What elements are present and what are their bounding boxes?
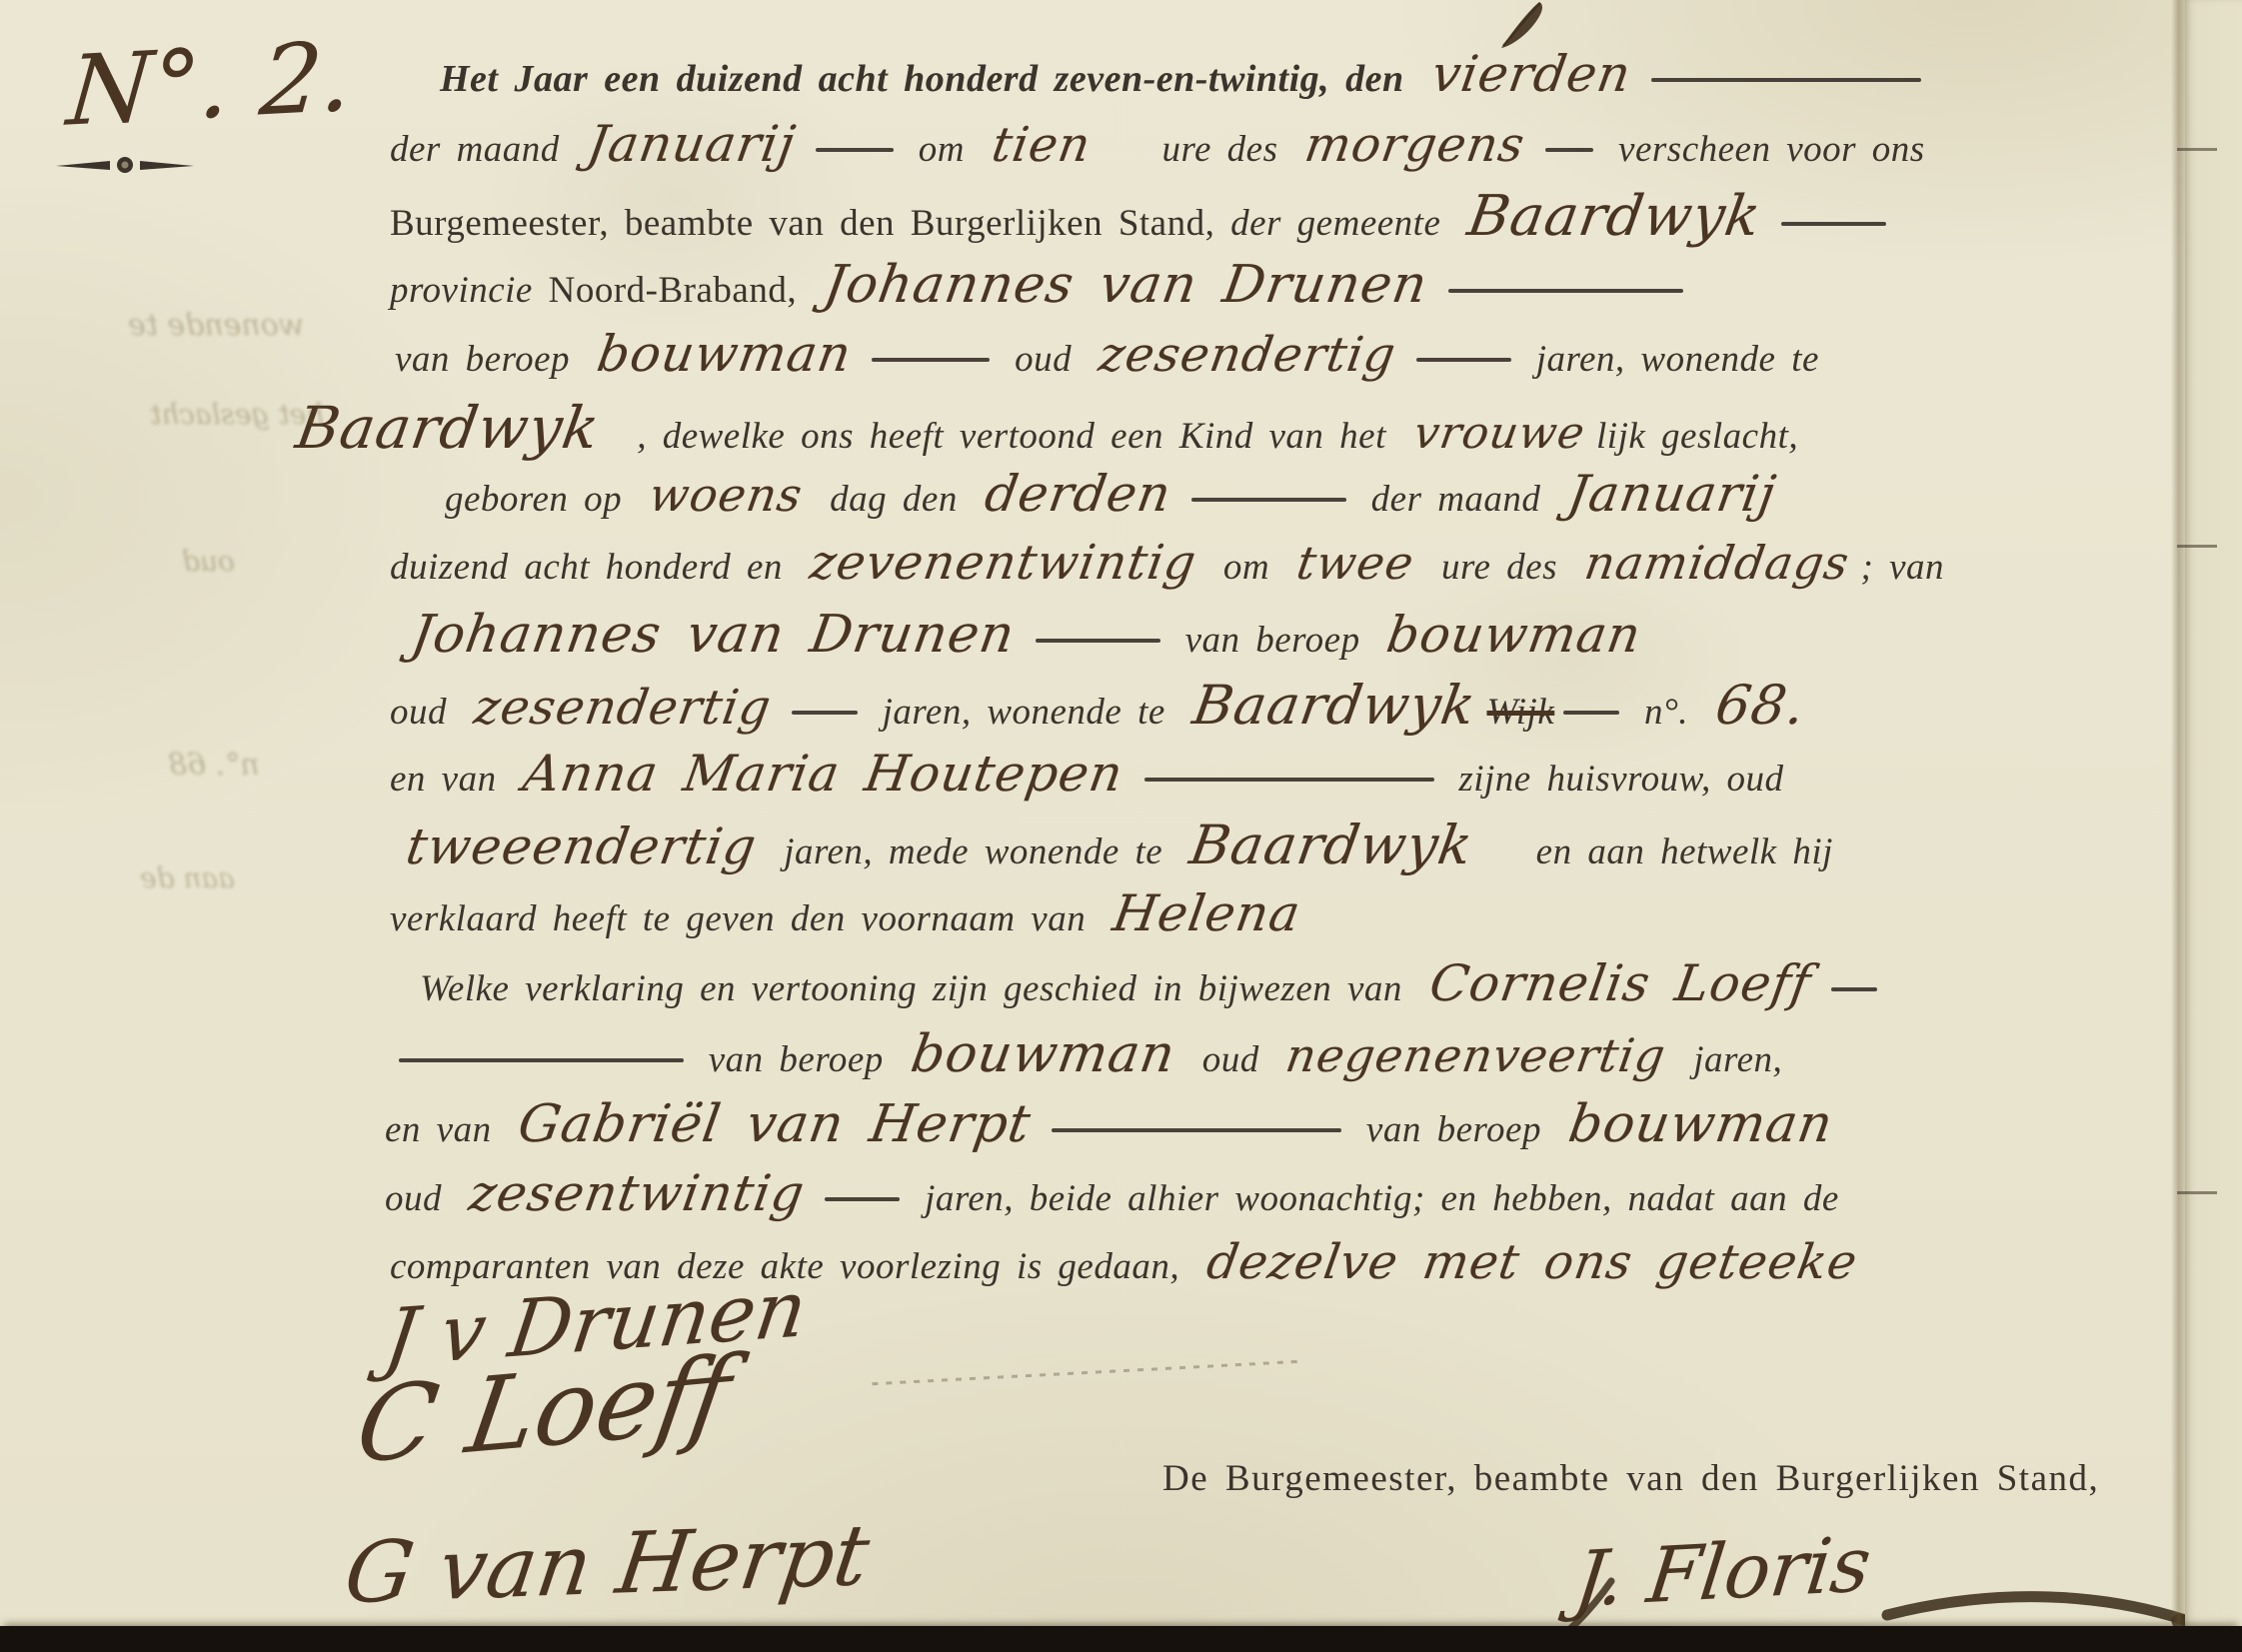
fold-tick-mark [2177,1191,2217,1194]
handwritten-text: zesentwintig [466,1167,809,1220]
printed-text: provincie [390,270,549,311]
fill-in-rule [825,1197,900,1201]
handwritten-text: bouwman [907,1027,1178,1082]
handwritten-text: Baardwyk [292,398,604,459]
printed-text: Welke verklaring en vertooning zijn gesc… [420,968,1418,1009]
printed-text: oud [385,1178,458,1219]
handwritten-text: Baardwyk [1185,818,1476,874]
fill-in-rule [399,1058,684,1062]
registrar-title: De Burgemeester, beambte van den Burgerl… [1162,1457,2099,1500]
fill-in-rule [1036,639,1160,643]
document-lines: Het Jaar een duizend acht honderd zeven-… [0,0,2242,1652]
fill-in-rule [1052,1128,1341,1132]
printed-text: Het Jaar een duizend acht honderd zeven-… [440,58,1420,100]
adjacent-page-strip [2185,0,2242,1652]
registrar-signature: J. Floris [1570,1519,1876,1624]
text-line: Welke verklaring en vertooning zijn gesc… [420,957,1886,1010]
handwritten-text: bouwman [594,328,856,381]
handwritten-text: morgens [1301,120,1528,170]
fold-tick-mark [2177,148,2217,151]
text-line: Baardwyk, dewelke ons heeft vertoond een… [285,398,1798,459]
printed-text: Noord-Braband, [549,270,813,311]
text-line: en van Gabriël van Herpt van beroep bouw… [385,1097,1844,1152]
bleedthrough-fragment: oud [182,545,235,578]
handwritten-text: zevenentwintig [807,538,1199,588]
printed-text: geboren op [445,479,638,520]
handwritten-text: tien [989,120,1095,170]
handwritten-text: bouwman [1383,609,1645,662]
printed-text: duizend acht honderd en [390,547,799,588]
fill-in-rule [1448,289,1683,293]
handwritten-text: bouwman [1564,1097,1836,1152]
fill-in-rule [816,148,894,152]
printed-text: , dewelke ons heeft vertoond een Kind va… [637,416,1401,457]
fold-tick-mark [2177,545,2217,548]
printed-text: jaren, beide alhier woonachtig; en hebbe… [909,1178,1838,1219]
printed-text: en van [385,1109,507,1150]
printed-text: en aan hetwelk hij [1520,831,1833,872]
fill-in-rule [1191,498,1346,502]
printed-text: ure des [1425,547,1573,588]
text-line: van beroep bouwman oud zesendertig jaren… [395,328,1819,381]
printed-text: om [1207,547,1285,588]
handwritten-text: Januarij [583,118,799,171]
handwritten-text: Johannes van Drunen [408,608,1019,663]
printed-text: n°. [1628,692,1704,733]
bleedthrough-fragment: n°. 68 [168,748,260,783]
handwritten-text: Baardwyk [1463,188,1764,247]
text-line: Burgemeester, beambte van den Burgerlijk… [390,188,1895,247]
text-line: der maand Januarij om tien ure des morge… [390,118,1925,171]
fill-in-rule [1651,78,1921,82]
printed-text: en van [390,759,512,800]
printed-text: ure des [1146,129,1294,170]
printed-text: jaren, [1678,1039,1783,1080]
handwritten-text: Helena [1110,887,1304,940]
printed-text: jaren, wonende te [867,692,1181,733]
printed-text: van beroep [1169,620,1376,661]
text-line: provincie Noord-Braband, Johannes van Dr… [390,258,1692,313]
printed-text: jaren, mede wonende te [768,831,1178,872]
struck-printed-text: Wijk [1486,692,1554,733]
printed-text: van beroep [1350,1109,1557,1150]
text-line: tweeendertig jaren, mede wonende te Baar… [395,818,1833,874]
fill-in-rule [1831,987,1877,991]
printed-text: oud [390,692,463,733]
handwritten-text: zesendertig [1096,330,1399,380]
handwritten-text: Anna Maria Houtepen [520,748,1127,801]
handwritten-text: vierden [1427,48,1634,101]
printed-text: verklaard heeft te geven den voornaam va… [390,898,1102,939]
fill-in-rule [1781,222,1886,226]
printed-text: van beroep [395,339,586,380]
bleedthrough-fragment: wonende te [128,308,304,343]
handwritten-text: vrouwe [1410,411,1588,457]
fill-in-rule [1563,711,1619,715]
printed-text: ; van [1861,547,1945,588]
printed-text: om [903,129,981,170]
text-line: geboren op woens dag den derden der maan… [445,468,1788,521]
handwritten-text: twee [1293,539,1417,587]
bleedthrough-fragment: aan de [140,861,235,894]
printed-text: Burgemeester, beambte van den Burgerlijk… [390,203,1230,244]
bleedthrough-fragment: het geslacht [150,398,324,431]
printed-text: zijne huisvrouw, oud [1443,759,1784,800]
fill-in-rule [1545,148,1593,152]
scanned-birth-record: { "colors":{ "paper":"#eae6d1", "printed… [0,0,2242,1652]
printed-text: dag den [814,479,973,520]
fill-in-rule [1144,778,1434,782]
printed-text: van beroep [693,1039,900,1080]
text-line: van beroep bouwman oud negenenveertig ja… [390,1027,1782,1082]
handwritten-text: woens [646,471,806,519]
printed-text: der maand [1355,479,1556,520]
handwritten-text: Cornelis Loeff [1426,957,1815,1010]
handwritten-text: 68. [1711,678,1809,735]
page-fold-shadow [2171,0,2185,1652]
text-line: Het Jaar een duizend acht honderd zeven-… [440,48,1930,101]
handwritten-text: Gabriël van Herpt [515,1097,1035,1152]
handwritten-text: derden [981,468,1174,521]
paper-background: N°. 2. Het Jaar een duizend acht honderd… [0,0,2242,1652]
fill-in-rule [1416,358,1511,362]
text-line: en van Anna Maria Houtepen zijne huisvro… [390,748,1784,801]
text-line: Johannes van Drunen van beroep bouwman [400,608,1653,663]
handwritten-text: negenenveertig [1283,1031,1670,1079]
handwritten-text: dezelve met ons geteeke [1203,1237,1861,1287]
printed-text: verscheen voor ons [1602,129,1924,170]
printed-text: lijk geslacht, [1596,416,1798,457]
handwritten-text: Baardwyk [1188,678,1479,735]
printed-text: der gemeente [1230,203,1456,244]
book-edge-bottom [0,1626,2242,1652]
handwritten-text: namiddags [1581,539,1852,587]
text-line: oud zesentwintig jaren, beide alhier woo… [385,1167,1839,1220]
handwritten-text: zesendertig [471,683,775,733]
text-line: verklaard heeft te geven den voornaam va… [390,887,1312,940]
text-line: oud zesendertig jaren, wonende te Baardw… [390,678,1817,735]
text-line: duizend acht honderd en zevenentwintig o… [390,538,1944,588]
printed-text: oud [1186,1039,1275,1080]
handwritten-text: Januarij [1564,468,1780,521]
handwritten-text: Johannes van Drunen [821,258,1431,313]
printed-text: jaren, wonende te [1520,339,1819,380]
handwritten-signature: G van Herpt [339,1506,875,1623]
fill-in-rule [872,358,990,362]
fill-in-rule [792,711,858,715]
printed-text: oud [999,339,1088,380]
handwritten-text: tweeendertig [403,821,761,873]
printed-text: der maand [390,129,576,170]
